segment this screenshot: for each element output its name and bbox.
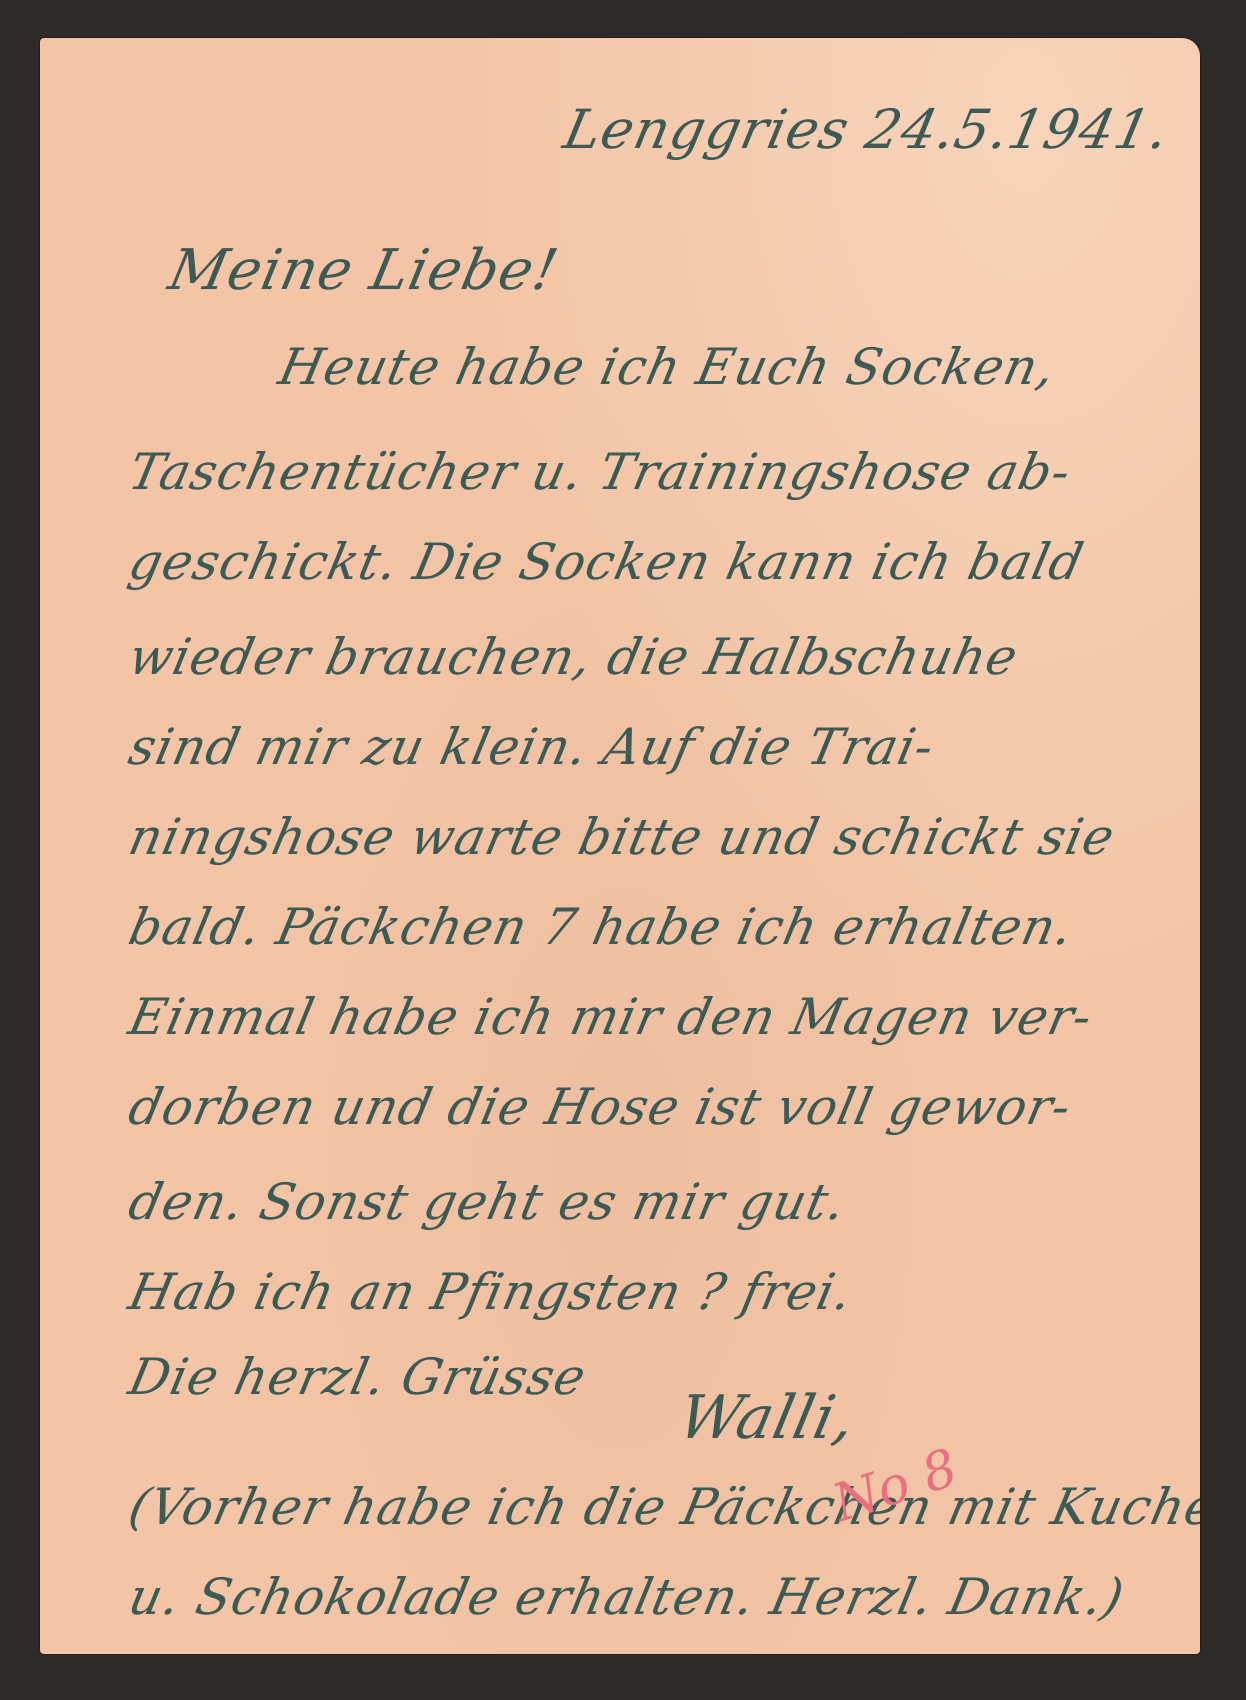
body-line: Hab ich an Pfingsten ? frei.	[124, 1263, 858, 1321]
place-date: Lenggries 24.5.1941.	[558, 98, 1175, 161]
postscript-line: u. Schokolade erhalten. Herzl. Dank.)	[124, 1568, 1130, 1626]
body-line: Die herzl. Grüsse	[124, 1348, 592, 1406]
body-line: Taschentücher u. Trainingshose ab-	[124, 443, 1076, 501]
body-line: wieder brauchen, die Halbschuhe	[124, 628, 1024, 686]
body-line: Heute habe ich Euch Socken,	[274, 338, 1061, 396]
body-line: den. Sonst geht es mir gut.	[124, 1173, 851, 1231]
body-line: sind mir zu klein. Auf die Trai-	[124, 718, 940, 776]
body-line: Einmal habe ich mir den Magen ver-	[124, 988, 1098, 1046]
signature: Walli,	[673, 1383, 863, 1453]
body-line: dorben und die Hose ist voll gewor-	[124, 1078, 1077, 1136]
postscript-line: (Vorher habe ich die Päckchen mit Kuchen	[124, 1478, 1200, 1536]
body-line: bald. Päckchen 7 habe ich erhalten.	[124, 898, 1079, 956]
body-line: geschickt. Die Socken kann ich bald	[124, 533, 1089, 591]
body-line: ningshose warte bitte und schickt sie	[124, 808, 1120, 866]
postcard: Lenggries 24.5.1941. Meine Liebe! Heute …	[40, 38, 1200, 1654]
salutation: Meine Liebe!	[163, 238, 564, 303]
